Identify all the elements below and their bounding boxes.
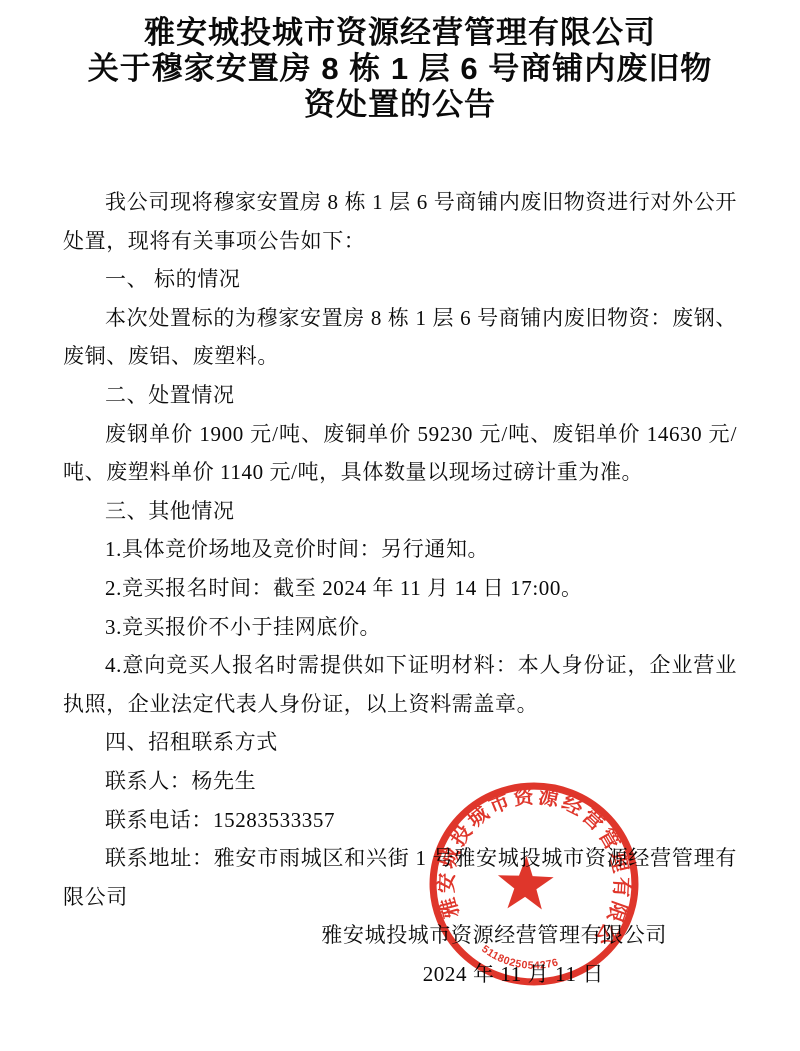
signature-company: 雅安城投城市资源经营管理有限公司 bbox=[63, 916, 737, 955]
contact-person-line: 联系人：杨先生 bbox=[63, 762, 737, 801]
title-line-1: 雅安城投城市资源经营管理有限公司 bbox=[63, 15, 737, 51]
section-1-body: 本次处置标的为穆家安置房 8 栋 1 层 6 号商铺内废旧物资：废钢、废铜、废铝… bbox=[63, 299, 737, 376]
contact-address-line: 联系地址：雅安市雨城区和兴街 1 号雅安城投城市资源经营管理有限公司 bbox=[63, 839, 737, 916]
section-3-item-1: 1.具体竞价场地及竞价时间：另行通知。 bbox=[63, 530, 737, 569]
section-2-heading: 二、处置情况 bbox=[63, 376, 737, 415]
signature-date: 2024 年 11 月 11 日 bbox=[63, 955, 737, 994]
section-3-item-2: 2.竞买报名时间：截至 2024 年 11 月 14 日 17:00。 bbox=[63, 569, 737, 608]
section-2-body: 废钢单价 1900 元/吨、废铜单价 59230 元/吨、废铝单价 14630 … bbox=[63, 415, 737, 492]
section-4-heading: 四、招租联系方式 bbox=[63, 723, 737, 762]
document-content: 雅安城投城市资源经营管理有限公司 关于穆家安置房 8 栋 1 层 6 号商铺内废… bbox=[0, 0, 800, 993]
title-line-3: 资处置的公告 bbox=[63, 87, 737, 123]
section-3-heading: 三、其他情况 bbox=[63, 492, 737, 531]
contact-phone-line: 联系电话：15283533357 bbox=[63, 801, 737, 840]
section-1-heading: 一、 标的情况 bbox=[63, 260, 737, 299]
section-3-item-4: 4.意向竞买人报名时需提供如下证明材料：本人身份证，企业营业执照，企业法定代表人… bbox=[63, 646, 737, 723]
document-title: 雅安城投城市资源经营管理有限公司 关于穆家安置房 8 栋 1 层 6 号商铺内废… bbox=[63, 15, 737, 123]
title-line-2: 关于穆家安置房 8 栋 1 层 6 号商铺内废旧物 bbox=[63, 51, 737, 87]
document-body: 我公司现将穆家安置房 8 栋 1 层 6 号商铺内废旧物资进行对外公开处置，现将… bbox=[63, 183, 737, 993]
announcement-document: 雅安城投城市资源经营管理有限公司 关于穆家安置房 8 栋 1 层 6 号商铺内废… bbox=[0, 0, 800, 1051]
intro-paragraph: 我公司现将穆家安置房 8 栋 1 层 6 号商铺内废旧物资进行对外公开处置，现将… bbox=[63, 183, 737, 260]
section-3-item-3: 3.竞买报价不小于挂网底价。 bbox=[63, 608, 737, 647]
